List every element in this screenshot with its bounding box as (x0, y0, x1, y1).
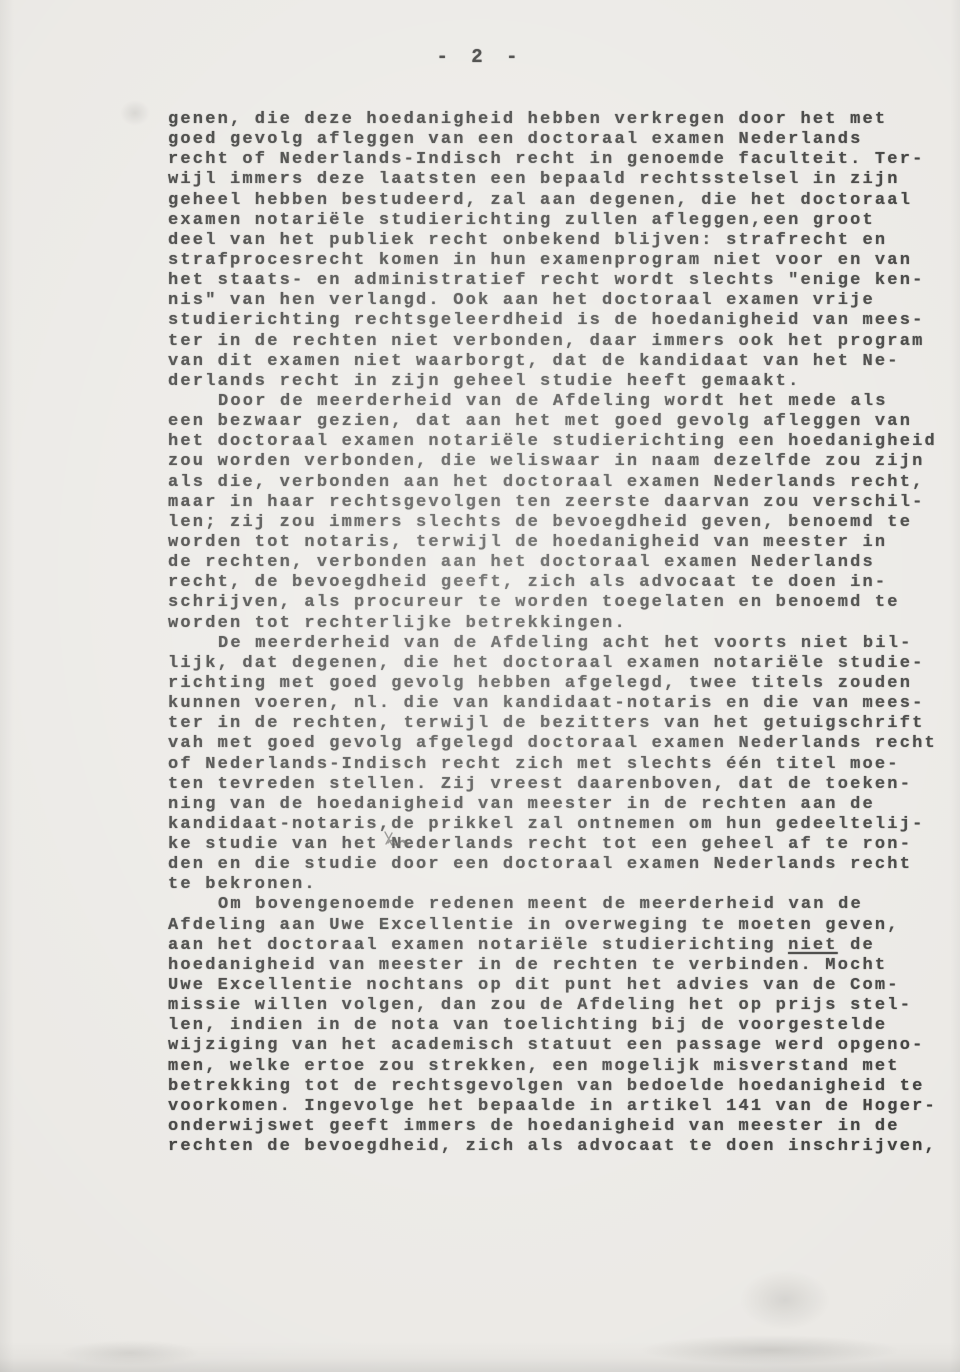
text-line: worden tot rechterlijke betrekkingen. (168, 614, 954, 634)
text-line: ke studie van het Nederlands recht tot e… (168, 835, 954, 855)
text-line: de rechten, verbonden aan het doctoraal … (168, 553, 954, 573)
text-line: Door de meerderheid van de Afdeling word… (168, 392, 954, 412)
text-line: Afdeling aan Uwe Excellentie in overwegi… (168, 916, 954, 936)
text-line: voorkomen. Ingevolge het bepaalde in art… (168, 1097, 954, 1117)
text-line: Uwe Excellentie nochtans op dit punt het… (168, 976, 954, 996)
text-line: len, indien in de nota van toelichting b… (168, 1016, 954, 1036)
page-number: - 2 - (0, 46, 960, 68)
text-line: een bezwaar gezien, dat aan het met goed… (168, 412, 954, 432)
text-line: geheel hebben bestudeerd, zal aan degene… (168, 191, 954, 211)
text-line: hoedanigheid van meester in de rechten t… (168, 956, 954, 976)
text-line: De meerderheid van de Afdeling acht het … (168, 634, 954, 654)
text-line: kandidaat-notaris,de prikkel zal ontneme… (168, 815, 954, 835)
text-line: ning van de hoedanigheid van meester in … (168, 795, 954, 815)
text-line: Om bovengenoemde redenen meent de meerde… (168, 895, 954, 915)
text-line: nis" van hen verlangd. Ook aan het docto… (168, 291, 954, 311)
scan-edge-artifact (640, 1335, 900, 1365)
text-line: deel van het publiek recht onbekend blij… (168, 231, 954, 251)
text-line: wijl immers deze laatsten een bepaald re… (168, 170, 954, 190)
text-line: wijziging van het academisch statuut een… (168, 1036, 954, 1056)
text-line: derlands recht in zijn geheel studie hee… (168, 372, 954, 392)
text-line: het doctoraal examen notariële studieric… (168, 432, 954, 452)
text-line: onderwijswet geeft immers de hoedanighei… (168, 1117, 954, 1137)
text-line: ten tevreden stellen. Zij vreest daarenb… (168, 775, 954, 795)
scan-edge-artifact (60, 1340, 200, 1366)
scan-smudge (120, 100, 150, 126)
text-line: genen, die deze hoedanigheid hebben verk… (168, 110, 954, 130)
text-line: aan het doctoraal examen notariële studi… (168, 936, 954, 956)
text-line: schrijven, als procureur te worden toege… (168, 593, 954, 613)
text-line: betrekking tot de rechtsgevolgen van bed… (168, 1077, 954, 1097)
document-body: genen, die deze hoedanigheid hebben verk… (168, 110, 954, 1157)
text-line: zou worden verbonden, die weliswaar in n… (168, 452, 954, 472)
text-line: het staats- en administratief recht word… (168, 271, 954, 291)
text-line: als die, verbonden aan het doctoraal exa… (168, 473, 954, 493)
text-line: goed gevolg afleggen van een doctoraal e… (168, 130, 954, 150)
text-line: ter in de rechten, terwijl de bezitters … (168, 714, 954, 734)
text-line: recht, de bevoegdheid geeft, zich als ad… (168, 573, 954, 593)
text-line: worden tot notaris, terwijl de hoedanigh… (168, 533, 954, 553)
text-line: examen notariële studierichting zullen a… (168, 211, 954, 231)
text-line: ter in de rechten niet verbonden, daar i… (168, 332, 954, 352)
text-line: kunnen voeren, nl. die van kandidaat-not… (168, 694, 954, 714)
text-line: rechten de bevoegdheid, zich als advocaa… (168, 1137, 954, 1157)
text-line: len; zij zou immers slechts de bevoegdhe… (168, 513, 954, 533)
text-line: van dit examen niet waarborgt, dat de ka… (168, 352, 954, 372)
text-line: te bekronen. (168, 875, 954, 895)
text-line: richting met goed gevolg hebben afgelegd… (168, 674, 954, 694)
text-line: lijk, dat degenen, die het doctoraal exa… (168, 654, 954, 674)
text-line: den en die studie door een doctoraal exa… (168, 855, 954, 875)
text-line: men, welke ertoe zou strekken, een mogel… (168, 1057, 954, 1077)
text-line: recht of Nederlands-Indisch recht in gen… (168, 150, 954, 170)
text-line: missie willen volgen, dan zou de Afdelin… (168, 996, 954, 1016)
text-line: of Nederlands-Indisch recht zich met sle… (168, 755, 954, 775)
scan-smudge (740, 1270, 830, 1330)
text-line: studierichting rechtsgeleerdheid is de h… (168, 311, 954, 331)
text-line: maar in haar rechtsgevolgen ten zeerste … (168, 493, 954, 513)
text-line: strafprocesrecht komen in hun examenprog… (168, 251, 954, 271)
text-line: vah met goed gevolg afgelegd doctoraal e… (168, 734, 954, 754)
underlined-word: niet (788, 936, 838, 955)
